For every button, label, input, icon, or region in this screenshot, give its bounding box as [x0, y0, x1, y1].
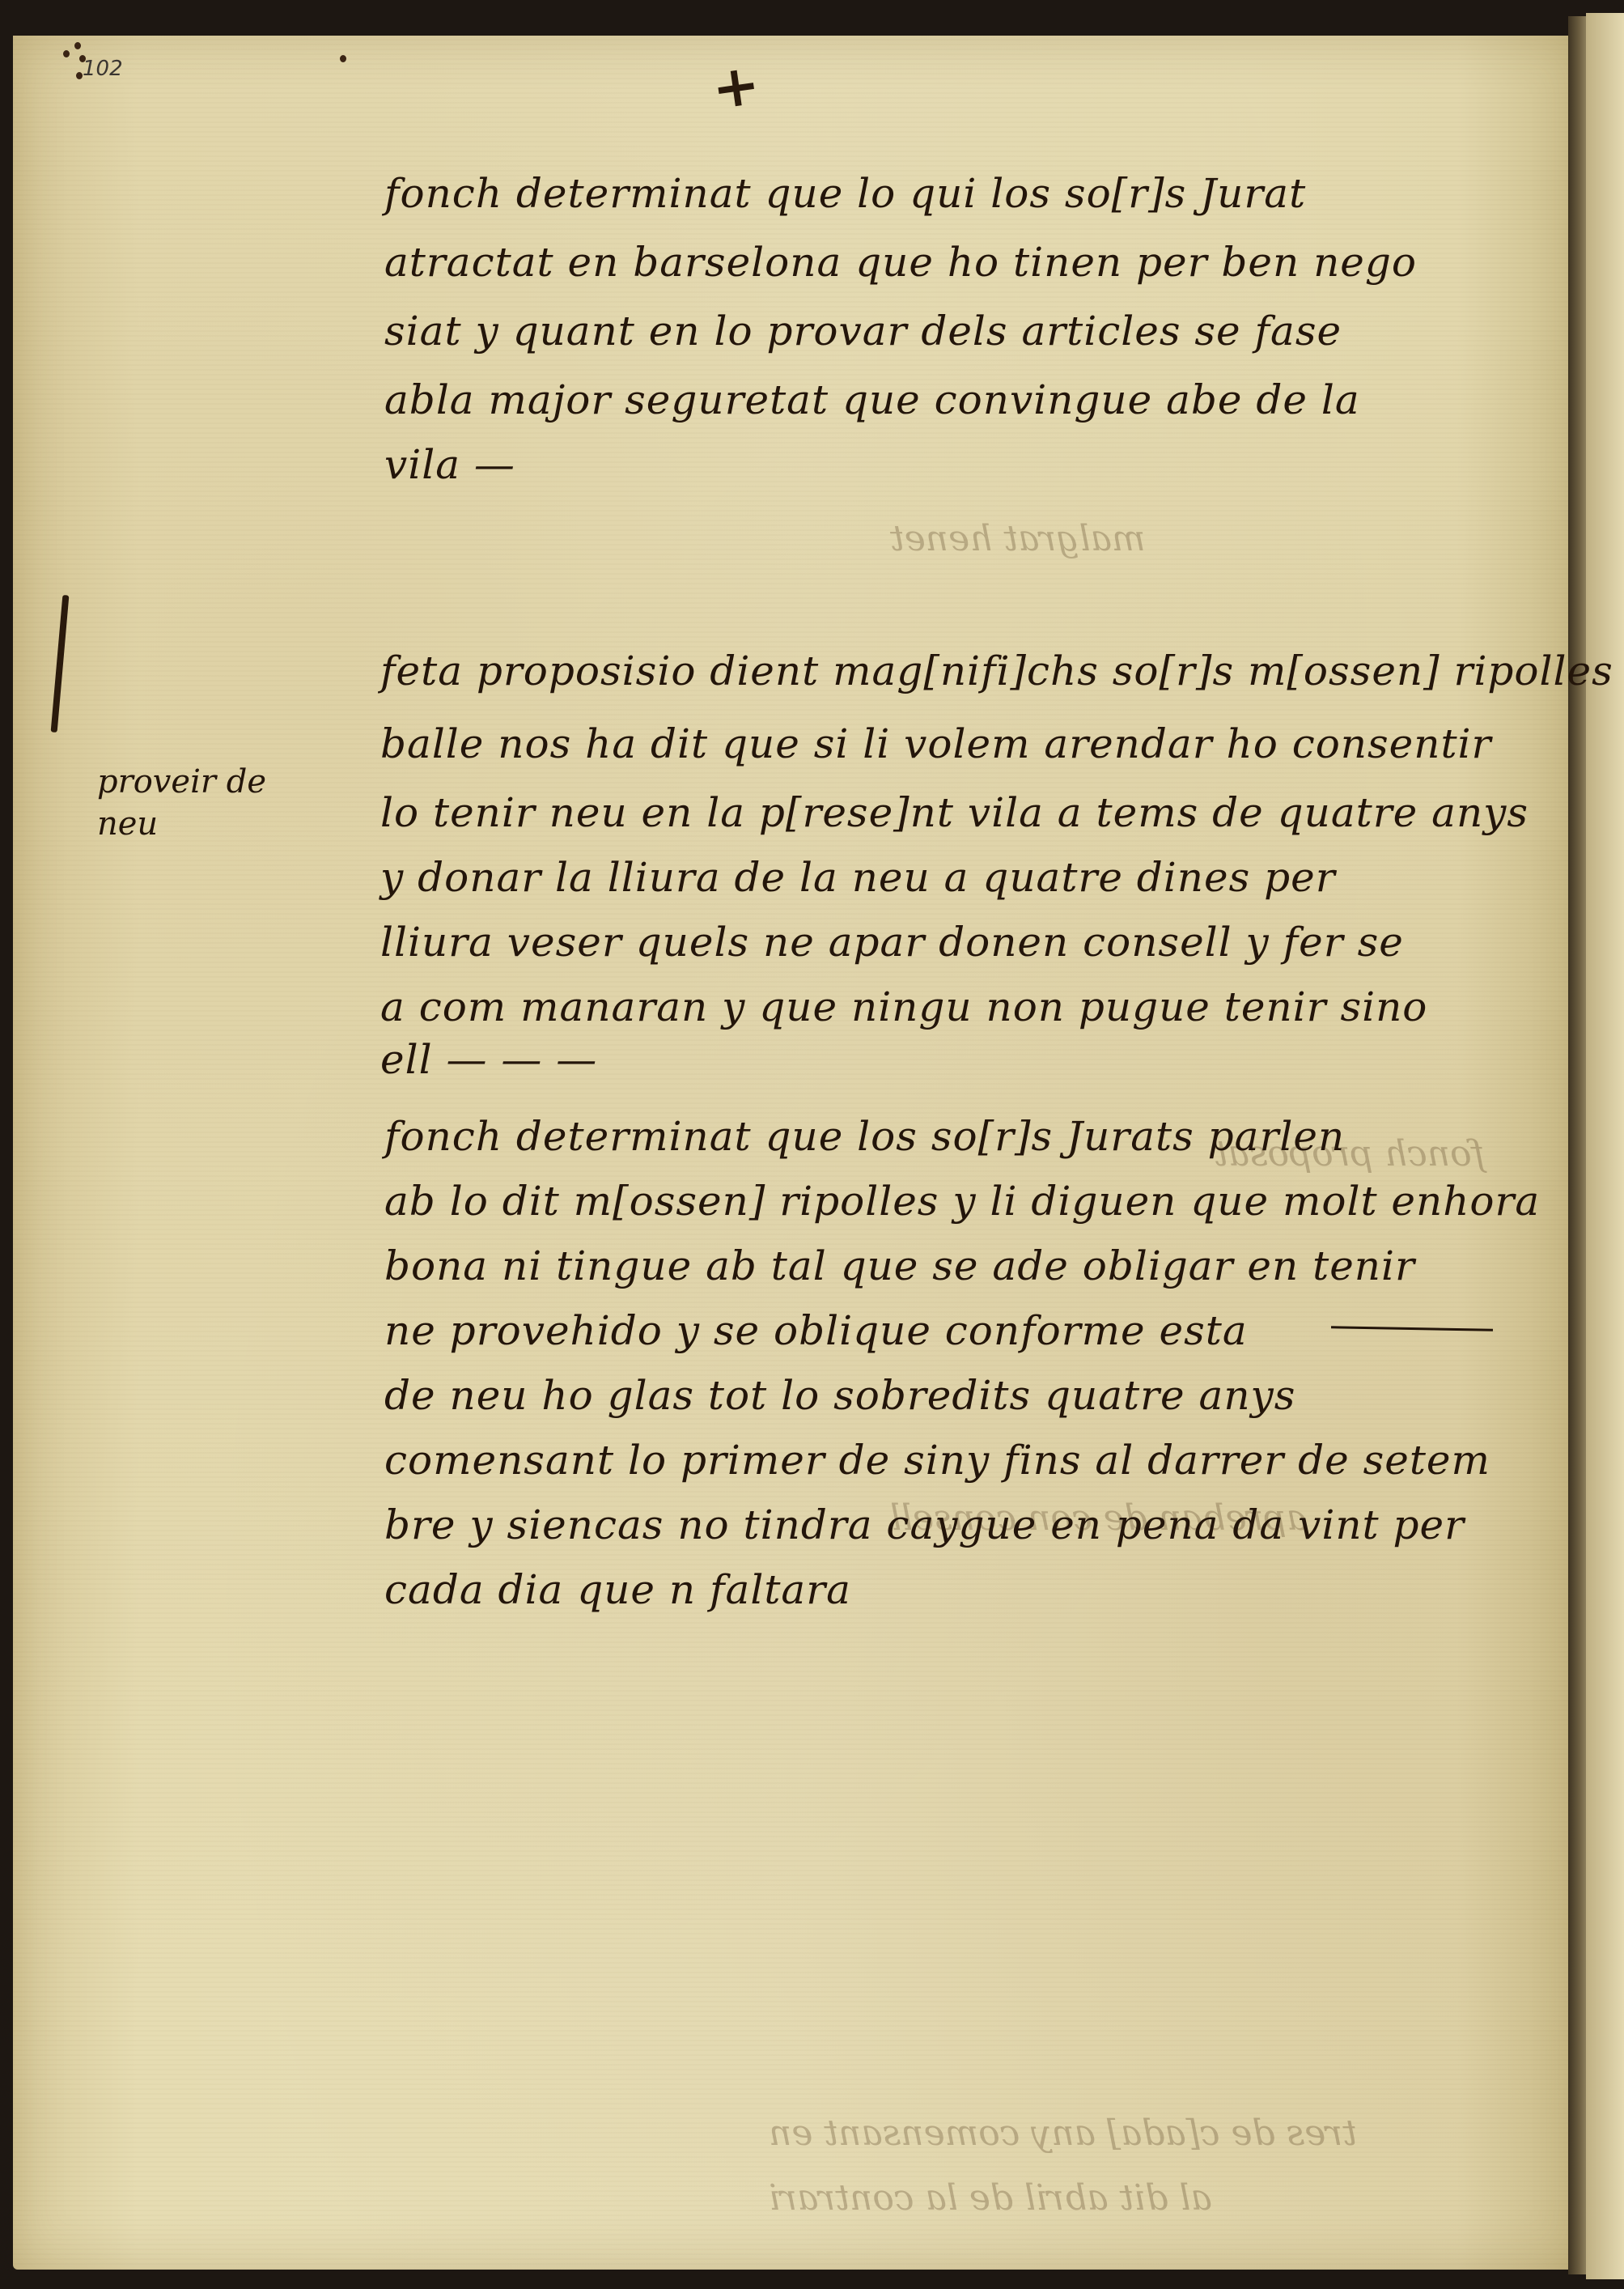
text-line: ab lo dit m[ossen] ripolles y li diguen … — [384, 1178, 1540, 1225]
text-line: de neu ho glas tot lo sobredits quatre a… — [384, 1372, 1295, 1419]
text-line: a com manaran y que ningu non pugue teni… — [380, 983, 1427, 1030]
cross-mark-icon: + — [708, 49, 765, 122]
text-line: ne provehido y se oblique conforme esta — [384, 1307, 1248, 1354]
text-line: y donar la lliura de la neu a quatre din… — [380, 854, 1336, 901]
text-line: fonch determinat que los so[r]s Jurats p… — [384, 1113, 1345, 1160]
text-line: abla major seguretat que convingue abe d… — [384, 376, 1360, 423]
folio-number: 102 — [83, 57, 123, 81]
bleed-through-text: tres de c[ada] any comensant en — [769, 2113, 1357, 2154]
text-line: lo tenir neu en la p[rese]nt vila a tems… — [380, 789, 1529, 836]
text-line: comensant lo primer de siny fins al darr… — [384, 1437, 1490, 1484]
text-line: balle nos ha dit que si li volem arendar… — [380, 720, 1491, 767]
text-line: cada dia que n faltara — [384, 1566, 851, 1613]
margin-note: proveir de neu — [97, 761, 266, 845]
text-line: fonch determinat que lo qui los so[r]s J… — [384, 170, 1306, 217]
bleed-through-text: malgrat henet — [890, 518, 1146, 559]
bleed-through-text: al dit abril de la contrari — [769, 2177, 1212, 2219]
book-gutter — [1568, 16, 1586, 2274]
facing-page-edge — [1586, 13, 1624, 2279]
margin-note-line: proveir de — [97, 761, 266, 803]
text-line: ell — — — — [380, 1036, 597, 1083]
text-line: siat y quant en lo provar dels articles … — [384, 308, 1342, 355]
text-line: bre y siencas no tindra caygue en pena d… — [384, 1501, 1465, 1548]
text-line: atractat en barselona que ho tinen per b… — [384, 239, 1417, 286]
margin-note-line: neu — [97, 803, 266, 845]
text-line: bona ni tingue ab tal que se ade obligar… — [384, 1242, 1415, 1289]
text-line: feta proposisio dient mag[nifi]chs so[r]… — [380, 648, 1613, 694]
text-line: vila — — [384, 441, 515, 488]
text-line: lliura veser quels ne apar donen consell… — [380, 919, 1404, 966]
